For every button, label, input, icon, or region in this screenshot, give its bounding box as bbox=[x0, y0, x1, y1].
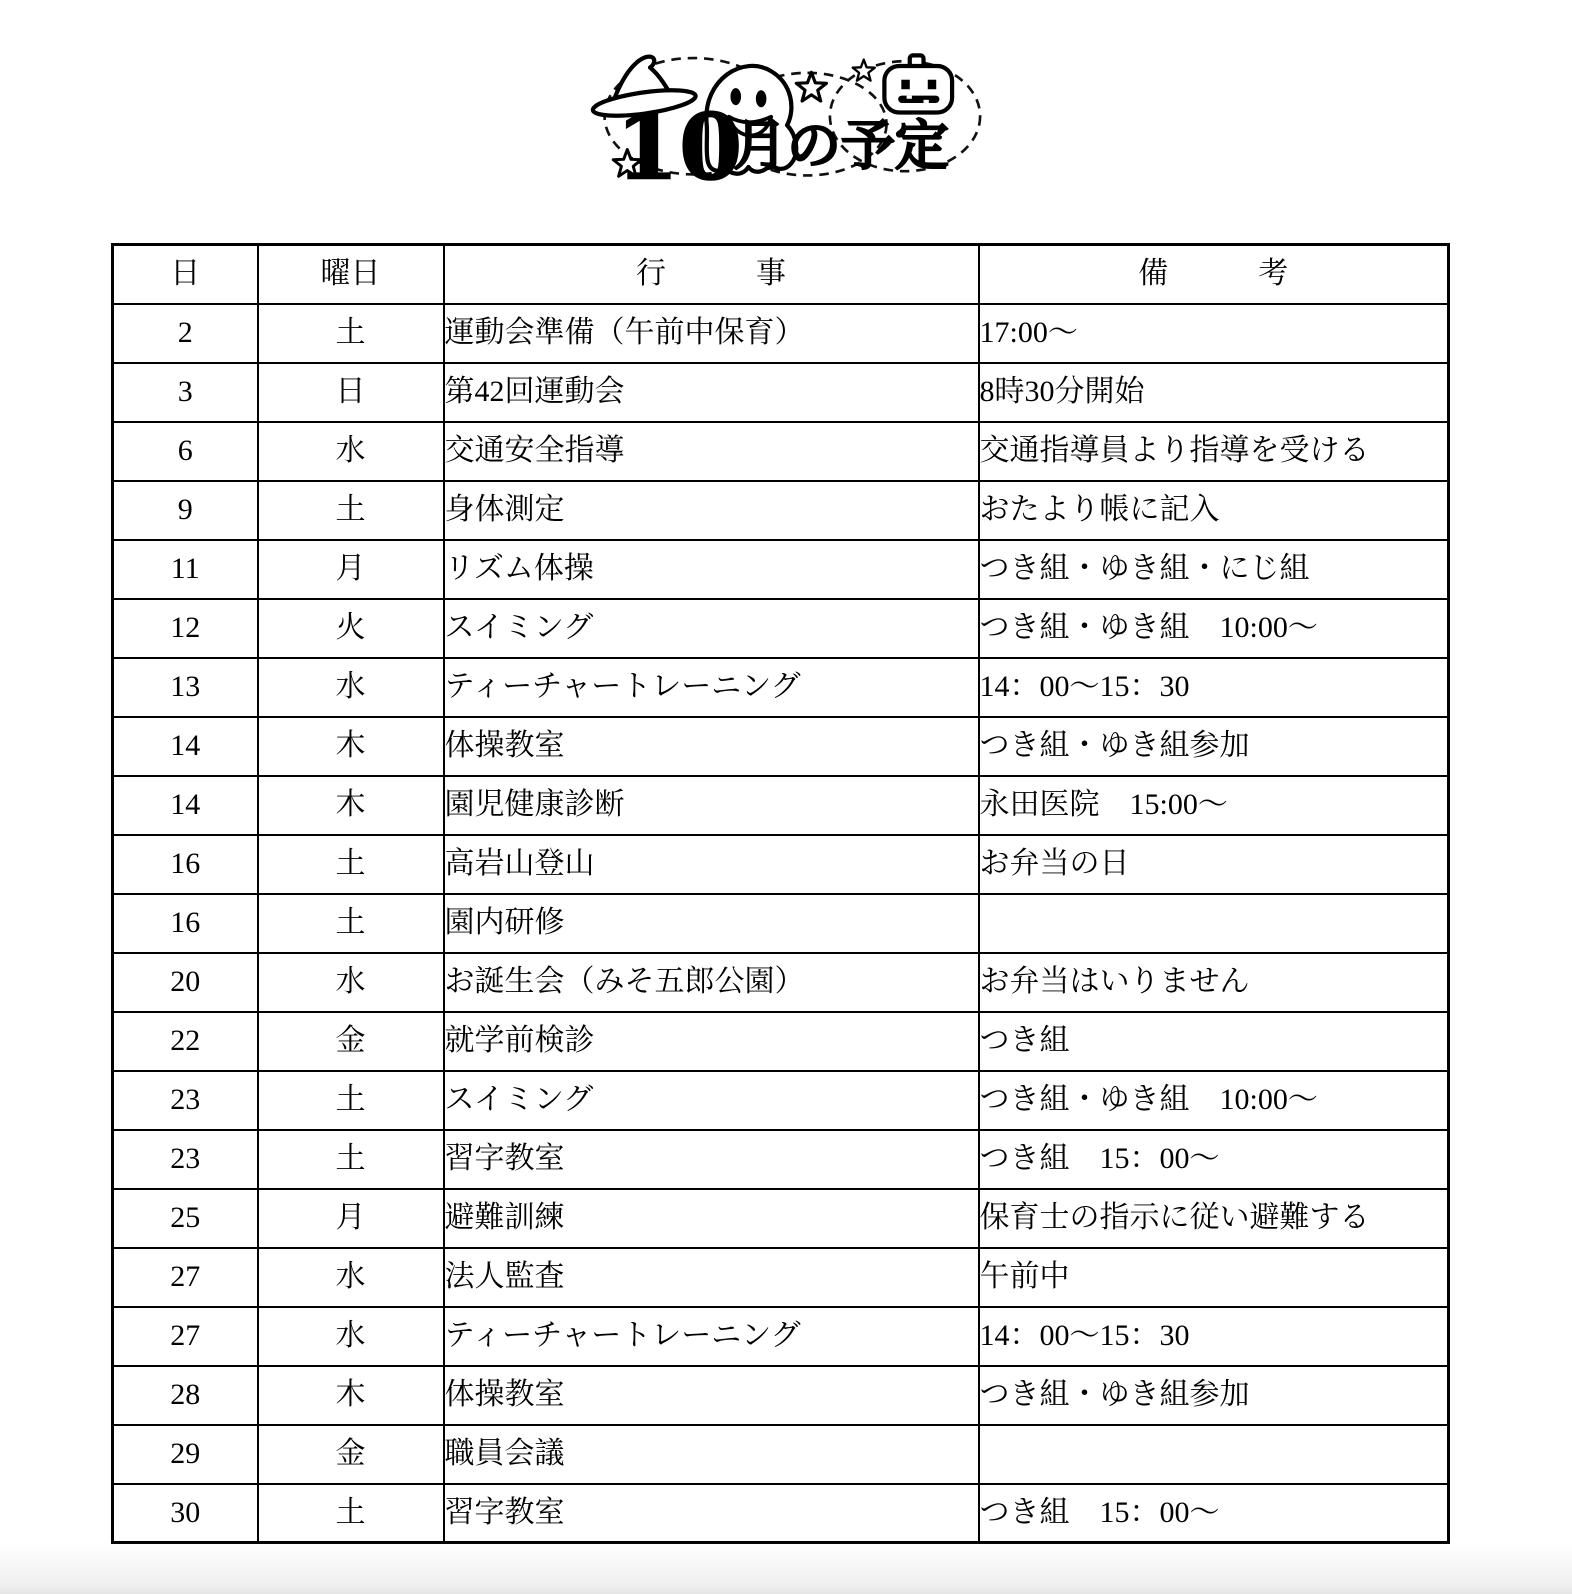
weekday-cell: 土 bbox=[258, 835, 444, 894]
table-row: 6 水 交通安全指導 交通指導員より指導を受ける bbox=[113, 422, 1449, 481]
header-row: 日 曜日 行 事 備 考 bbox=[113, 245, 1449, 304]
note-cell: つき組 15：00〜 bbox=[979, 1484, 1449, 1543]
note-cell: 交通指導員より指導を受ける bbox=[979, 422, 1449, 481]
event-cell: リズム体操 bbox=[444, 540, 979, 599]
day-cell: 27 bbox=[113, 1248, 258, 1307]
table-row: 3 日 第42回運動会 8時30分開始 bbox=[113, 363, 1449, 422]
table-row: 29 金 職員会議 bbox=[113, 1425, 1449, 1484]
schedule-table-header: 日 曜日 行 事 備 考 bbox=[113, 245, 1449, 304]
note-cell: 午前中 bbox=[979, 1248, 1449, 1307]
day-cell: 25 bbox=[113, 1189, 258, 1248]
table-row: 20 水 お誕生会（みそ五郎公園） お弁当はいりません bbox=[113, 953, 1449, 1012]
day-cell: 30 bbox=[113, 1484, 258, 1543]
day-cell: 14 bbox=[113, 717, 258, 776]
table-row: 25 月 避難訓練 保育士の指示に従い避難する bbox=[113, 1189, 1449, 1248]
note-cell: つき組・ゆき組 10:00〜 bbox=[979, 1071, 1449, 1130]
weekday-cell: 土 bbox=[258, 481, 444, 540]
weekday-cell: 木 bbox=[258, 1366, 444, 1425]
weekday-cell: 木 bbox=[258, 776, 444, 835]
table-row: 30 土 習字教室 つき組 15：00〜 bbox=[113, 1484, 1449, 1543]
day-cell: 14 bbox=[113, 776, 258, 835]
table-row: 23 土 習字教室 つき組 15：00〜 bbox=[113, 1130, 1449, 1189]
event-cell: 高岩山登山 bbox=[444, 835, 979, 894]
note-cell bbox=[979, 1425, 1449, 1484]
note-cell: お弁当の日 bbox=[979, 835, 1449, 894]
note-cell: つき組・ゆき組 10:00〜 bbox=[979, 599, 1449, 658]
event-cell: ティーチャートレーニング bbox=[444, 1307, 979, 1366]
day-cell: 6 bbox=[113, 422, 258, 481]
note-cell: おたより帳に記入 bbox=[979, 481, 1449, 540]
note-cell: つき組・ゆき組参加 bbox=[979, 1366, 1449, 1425]
table-row: 16 土 園内研修 bbox=[113, 894, 1449, 953]
day-cell: 29 bbox=[113, 1425, 258, 1484]
weekday-cell: 火 bbox=[258, 599, 444, 658]
day-cell: 11 bbox=[113, 540, 258, 599]
event-cell: 園児健康診断 bbox=[444, 776, 979, 835]
day-cell: 23 bbox=[113, 1130, 258, 1189]
weekday-cell: 水 bbox=[258, 422, 444, 481]
day-cell: 16 bbox=[113, 894, 258, 953]
weekday-cell: 金 bbox=[258, 1012, 444, 1071]
schedule-table-body: 2 土 運動会準備（午前中保育） 17:00〜 3 日 第42回運動会 8時30… bbox=[113, 304, 1449, 1543]
event-cell: 身体測定 bbox=[444, 481, 979, 540]
table-row: 14 木 体操教室 つき組・ゆき組参加 bbox=[113, 717, 1449, 776]
weekday-cell: 土 bbox=[258, 1071, 444, 1130]
day-cell: 22 bbox=[113, 1012, 258, 1071]
col-header-note: 備 考 bbox=[979, 245, 1449, 304]
day-cell: 16 bbox=[113, 835, 258, 894]
table-row: 27 水 法人監査 午前中 bbox=[113, 1248, 1449, 1307]
event-cell: 職員会議 bbox=[444, 1425, 979, 1484]
col-header-day: 日 bbox=[113, 245, 258, 304]
weekday-cell: 月 bbox=[258, 540, 444, 599]
day-cell: 12 bbox=[113, 599, 258, 658]
weekday-cell: 土 bbox=[258, 1484, 444, 1543]
weekday-cell: 土 bbox=[258, 304, 444, 363]
table-row: 27 水 ティーチャートレーニング 14：00〜15：30 bbox=[113, 1307, 1449, 1366]
day-cell: 3 bbox=[113, 363, 258, 422]
logo-art: 10 月の予定 bbox=[585, 50, 987, 193]
weekday-cell: 月 bbox=[258, 1189, 444, 1248]
event-cell: 交通安全指導 bbox=[444, 422, 979, 481]
weekday-cell: 土 bbox=[258, 894, 444, 953]
event-cell: 法人監査 bbox=[444, 1248, 979, 1307]
table-row: 14 木 園児健康診断 永田医院 15:00〜 bbox=[113, 776, 1449, 835]
day-cell: 23 bbox=[113, 1071, 258, 1130]
note-cell: 保育士の指示に従い避難する bbox=[979, 1189, 1449, 1248]
event-cell: 習字教室 bbox=[444, 1130, 979, 1189]
day-cell: 20 bbox=[113, 953, 258, 1012]
event-cell: ティーチャートレーニング bbox=[444, 658, 979, 717]
event-cell: 就学前検診 bbox=[444, 1012, 979, 1071]
col-header-weekday: 曜日 bbox=[258, 245, 444, 304]
table-row: 16 土 高岩山登山 お弁当の日 bbox=[113, 835, 1449, 894]
event-cell: 第42回運動会 bbox=[444, 363, 979, 422]
event-cell: 運動会準備（午前中保育） bbox=[444, 304, 979, 363]
day-cell: 28 bbox=[113, 1366, 258, 1425]
day-cell: 27 bbox=[113, 1307, 258, 1366]
weekday-cell: 土 bbox=[258, 1130, 444, 1189]
event-cell: スイミング bbox=[444, 1071, 979, 1130]
event-cell: 体操教室 bbox=[444, 1366, 979, 1425]
note-cell: 14：00〜15：30 bbox=[979, 1307, 1449, 1366]
note-cell bbox=[979, 894, 1449, 953]
table-row: 2 土 運動会準備（午前中保育） 17:00〜 bbox=[113, 304, 1449, 363]
day-cell: 2 bbox=[113, 304, 258, 363]
note-cell: 永田医院 15:00〜 bbox=[979, 776, 1449, 835]
event-cell: 習字教室 bbox=[444, 1484, 979, 1543]
schedule-table: 日 曜日 行 事 備 考 2 土 運動会準備（午前中保育） 17:00〜 3 日… bbox=[111, 243, 1450, 1544]
note-cell: つき組・ゆき組・にじ組 bbox=[979, 540, 1449, 599]
table-row: 28 木 体操教室 つき組・ゆき組参加 bbox=[113, 1366, 1449, 1425]
event-cell: 避難訓練 bbox=[444, 1189, 979, 1248]
note-cell: つき組 bbox=[979, 1012, 1449, 1071]
weekday-cell: 水 bbox=[258, 953, 444, 1012]
event-cell: 園内研修 bbox=[444, 894, 979, 953]
note-cell: 8時30分開始 bbox=[979, 363, 1449, 422]
note-cell: つき組・ゆき組参加 bbox=[979, 717, 1449, 776]
table-row: 11 月 リズム体操 つき組・ゆき組・にじ組 bbox=[113, 540, 1449, 599]
note-cell: つき組 15：00〜 bbox=[979, 1130, 1449, 1189]
table-row: 12 火 スイミング つき組・ゆき組 10:00〜 bbox=[113, 599, 1449, 658]
weekday-cell: 水 bbox=[258, 1307, 444, 1366]
page-bottom-shade bbox=[0, 1542, 1572, 1594]
title-text: 月の予定 bbox=[733, 116, 949, 176]
page-logo: 10 月の予定 bbox=[585, 50, 987, 193]
note-cell: 14：00〜15：30 bbox=[979, 658, 1449, 717]
weekday-cell: 金 bbox=[258, 1425, 444, 1484]
table-row: 13 水 ティーチャートレーニング 14：00〜15：30 bbox=[113, 658, 1449, 717]
col-header-event: 行 事 bbox=[444, 245, 979, 304]
table-row: 23 土 スイミング つき組・ゆき組 10:00〜 bbox=[113, 1071, 1449, 1130]
pumpkin-icon bbox=[884, 55, 952, 112]
weekday-cell: 水 bbox=[258, 1248, 444, 1307]
table-row: 22 金 就学前検診 つき組 bbox=[113, 1012, 1449, 1071]
event-cell: お誕生会（みそ五郎公園） bbox=[444, 953, 979, 1012]
note-cell: 17:00〜 bbox=[979, 304, 1449, 363]
note-cell: お弁当はいりません bbox=[979, 953, 1449, 1012]
table-row: 9 土 身体測定 おたより帳に記入 bbox=[113, 481, 1449, 540]
weekday-cell: 水 bbox=[258, 658, 444, 717]
weekday-cell: 日 bbox=[258, 363, 444, 422]
weekday-cell: 木 bbox=[258, 717, 444, 776]
event-cell: 体操教室 bbox=[444, 717, 979, 776]
event-cell: スイミング bbox=[444, 599, 979, 658]
day-cell: 13 bbox=[113, 658, 258, 717]
day-cell: 9 bbox=[113, 481, 258, 540]
